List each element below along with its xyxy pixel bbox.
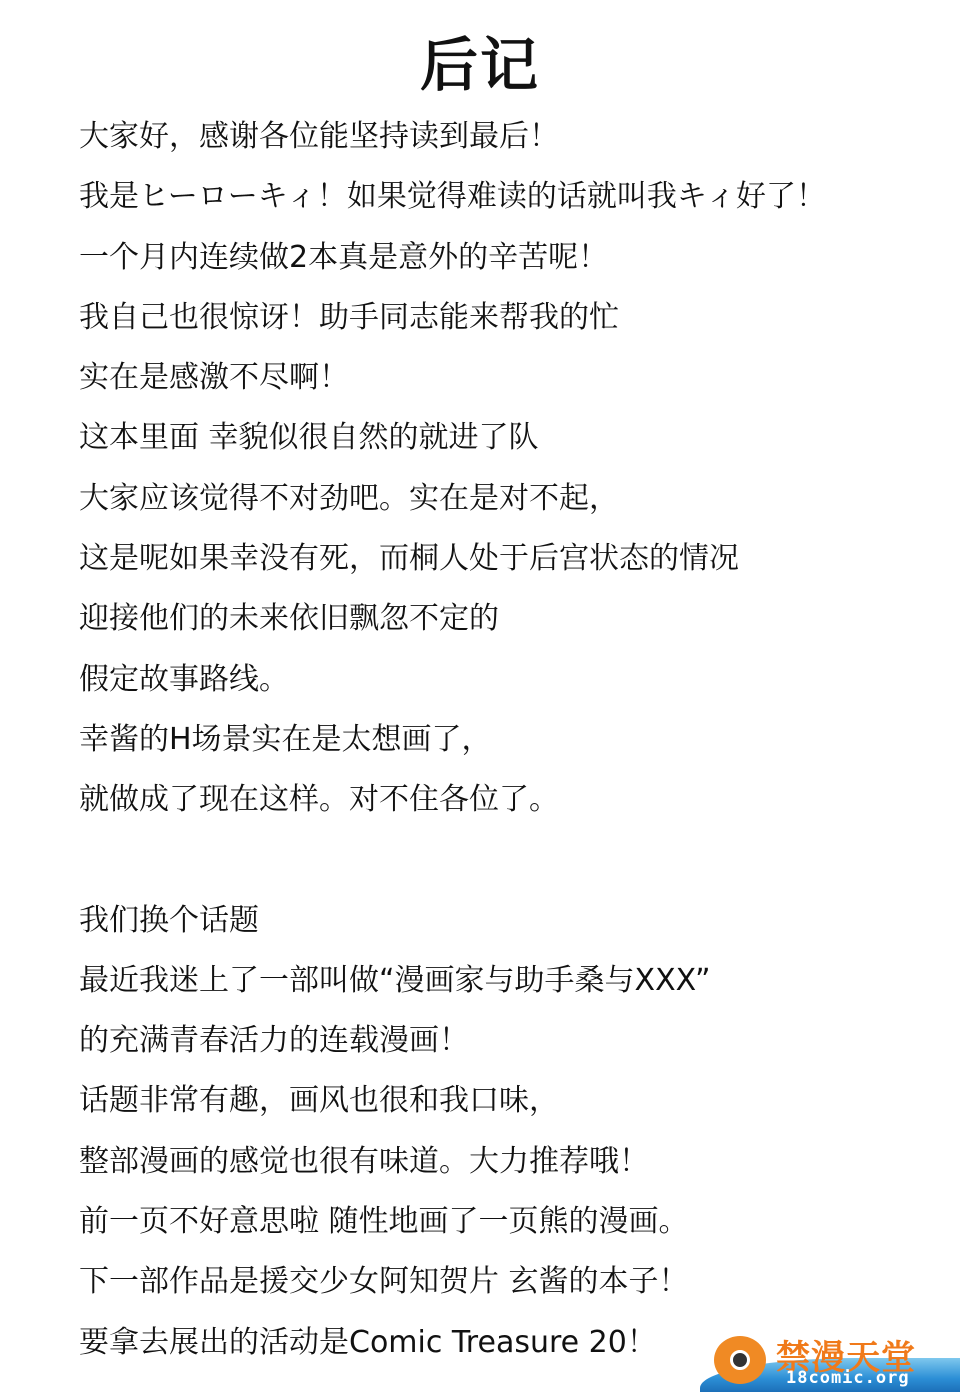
watermark-site: 18comic.org — [786, 1368, 910, 1388]
page-title: 后记 — [0, 18, 960, 102]
text-line: 我自己也很惊讶！助手同志能来帮我的忙 — [79, 295, 826, 355]
text-line: 一个月内连续做2本真是意外的辛苦呢！ — [79, 235, 826, 295]
text-line: 实在是感激不尽啊！ — [79, 355, 826, 415]
blank-line — [79, 838, 826, 898]
text-line: 就做成了现在这样。对不住各位了。 — [79, 777, 826, 837]
watermark-logo: 禁漫天堂 18comic.org — [700, 1312, 960, 1392]
text-line: 的充满青春活力的连载漫画！ — [79, 1018, 826, 1078]
text-line: 大家应该觉得不对劲吧。实在是对不起， — [79, 476, 826, 536]
text-line: 迎接他们的未来依旧飘忽不定的 — [79, 596, 826, 656]
text-line: 下一部作品是援交少女阿知贺片 玄酱的本子！ — [79, 1259, 826, 1319]
afterword-body: 大家好，感谢各位能坚持读到最后！ 我是ヒーローキィ！如果觉得难读的话就叫我キィ好… — [79, 114, 826, 1380]
text-line: 假定故事路线。 — [79, 657, 826, 717]
text-line: 幸酱的H场景实在是太想画了， — [79, 717, 826, 777]
heart-eye-icon — [730, 1350, 750, 1370]
text-line: 这是呢如果幸没有死，而桐人处于后宫状态的情况 — [79, 536, 826, 596]
text-line: 这本里面 幸貌似很自然的就进了队 — [79, 415, 826, 475]
text-line: 话题非常有趣，画风也很和我口味， — [79, 1078, 826, 1138]
text-line: 前一页不好意思啦 随性地画了一页熊的漫画。 — [79, 1199, 826, 1259]
whale-heart-icon — [714, 1336, 766, 1384]
text-line: 最近我迷上了一部叫做“漫画家与助手桑与XXX” — [79, 958, 826, 1018]
text-line: 我们换个话题 — [79, 898, 826, 958]
text-line: 整部漫画的感觉也很有味道。大力推荐哦！ — [79, 1139, 826, 1199]
text-line: 大家好，感谢各位能坚持读到最后！ — [79, 114, 826, 174]
text-line: 我是ヒーローキィ！如果觉得难读的话就叫我キィ好了！ — [79, 174, 826, 234]
